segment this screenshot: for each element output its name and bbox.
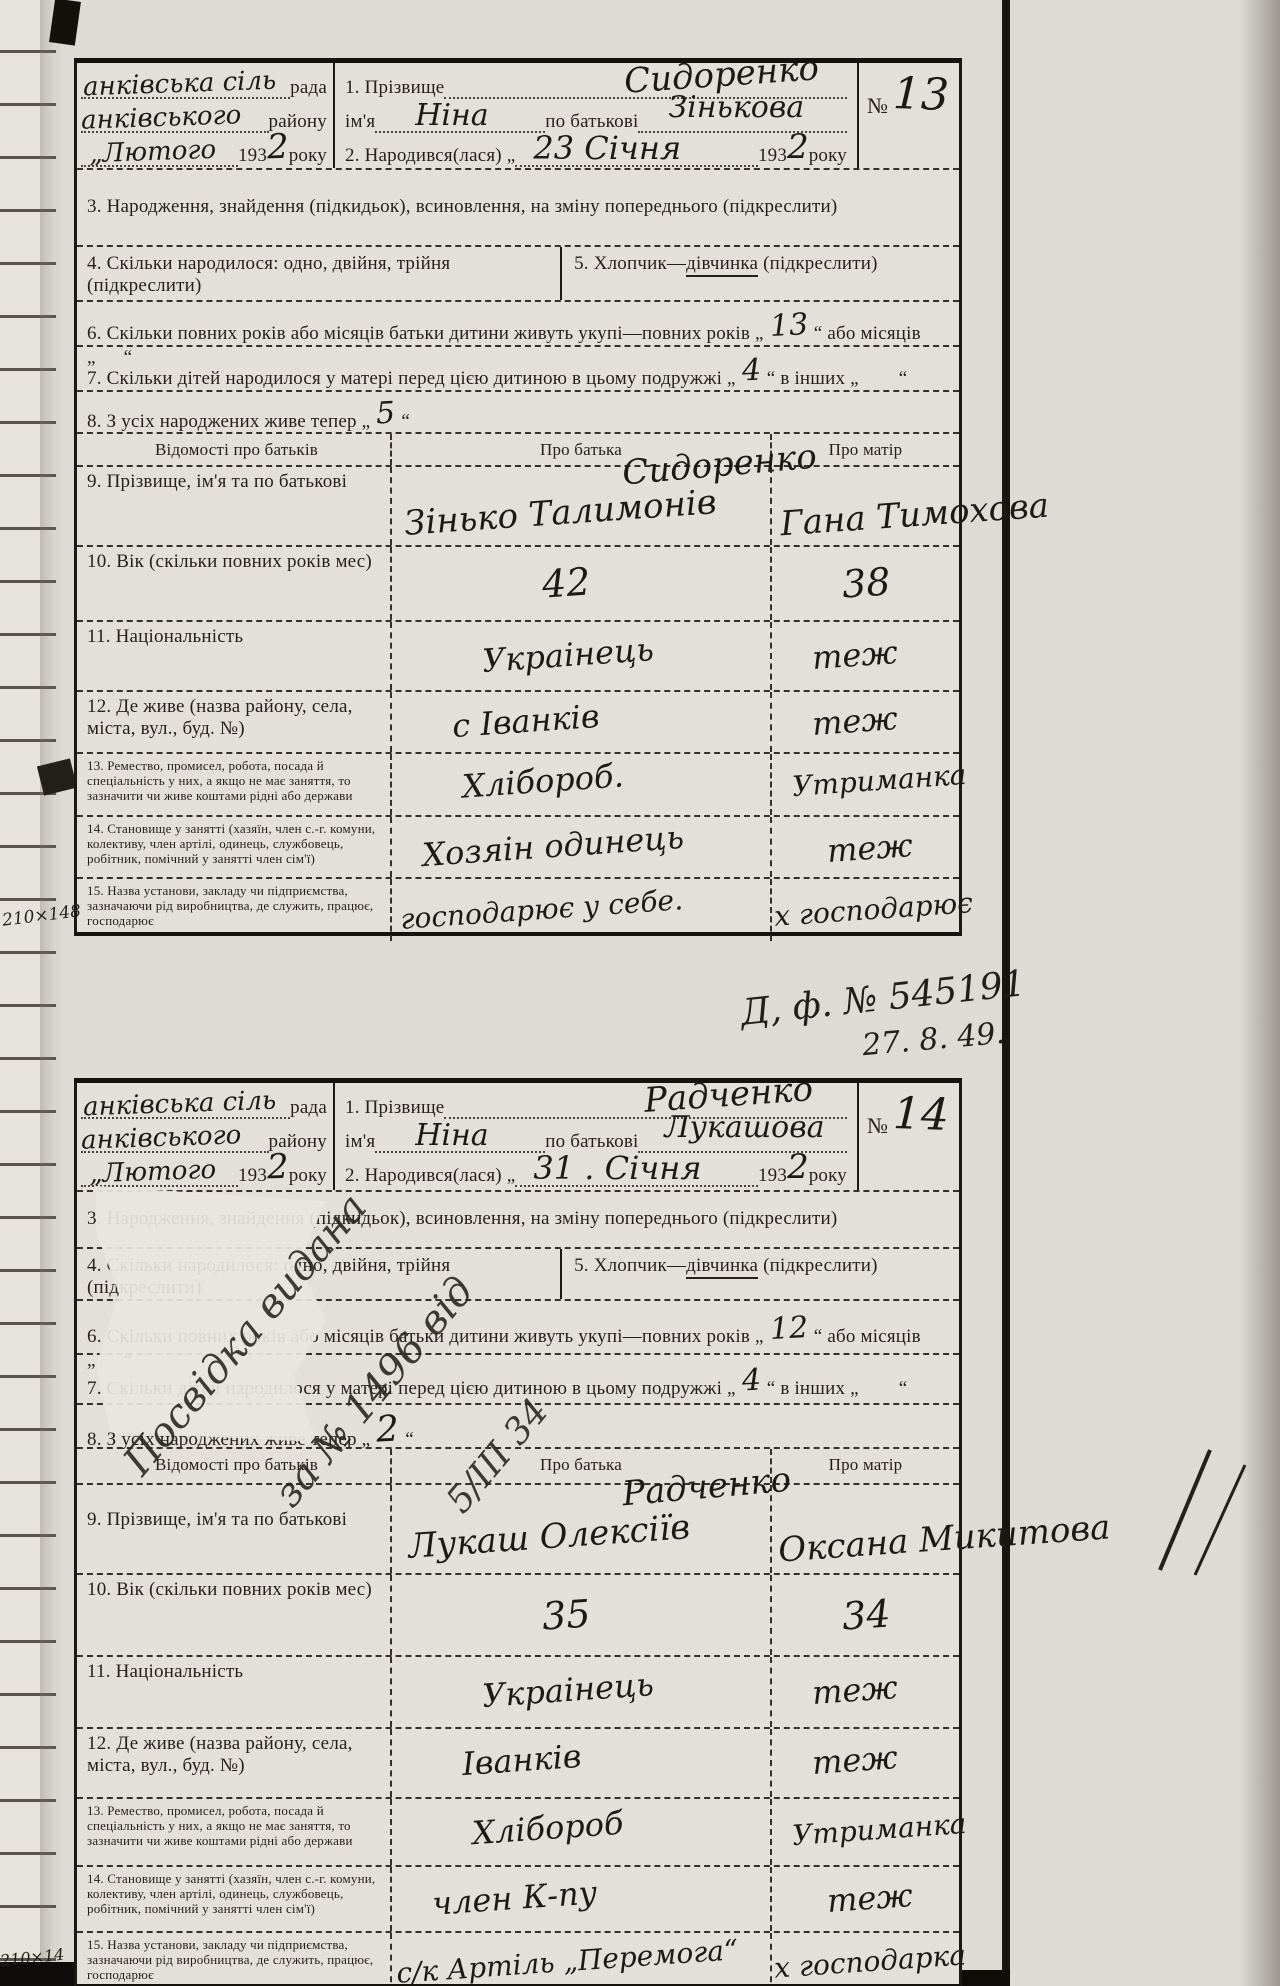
father-institution: с/к Артіль „Перемога“	[395, 1933, 739, 1986]
father-name: Зінько Талимонів	[403, 482, 718, 544]
father-name: Лукаш Олексіїв	[407, 1507, 691, 1567]
header-about-father: Про батька	[540, 1455, 622, 1474]
ink-blot	[49, 0, 81, 46]
field-5-label: 5. Хлопчик—	[574, 253, 686, 274]
field-4-multiple-birth: 4. Скільки народилося: одно, двійня, трі…	[77, 247, 562, 300]
scanned-registry-page: анківська сільрада анківськогорайону „Лю…	[0, 0, 1280, 1986]
field-7-label: 7. Скільки дітей народилося у матері пер…	[87, 368, 736, 389]
page-fold-shadow	[40, 0, 62, 1986]
row-10-age: 10. Вік (скільки повних років мес) 35 34	[77, 1573, 959, 1655]
birth-year-digit: 2	[787, 127, 809, 167]
field-5-label-tail: (підкреслити)	[758, 253, 878, 274]
children-before-value: 4	[741, 353, 762, 389]
father-nationality: Украінець	[481, 1665, 655, 1715]
row-12-residence: 12. Де живе (назва району, села, міста, …	[77, 690, 959, 752]
field-5-sex: 5. Хлопчик—дівчинка (підкреслити)	[562, 1249, 959, 1299]
years-together-value: 12	[769, 1310, 809, 1347]
birth-day-month: 23 Січня	[533, 129, 681, 167]
mother-residence: теж	[811, 1738, 899, 1782]
father-residence: Іванків	[461, 1737, 583, 1783]
father-residence: с Іванків	[451, 697, 601, 745]
children-alive-value: 5	[375, 396, 396, 432]
father-position: член К-пу	[431, 1873, 598, 1922]
row-12-label: 12. Де живе (назва району, села, міста, …	[87, 696, 353, 739]
form1-header: анківська сільрада анківськогорайону „Лю…	[77, 63, 959, 168]
form2-child-block: 1. ПрізвищеРадченко ім'яНінапо батьковіЛ…	[335, 1083, 859, 1190]
reg-month-handwritten: „Лютого	[89, 135, 217, 169]
rada-label: рада	[290, 77, 327, 99]
form2-number-box: № 14	[859, 1083, 959, 1190]
reg-year-digit: 2	[266, 127, 289, 168]
header-parents-info: Відомості про батьків	[155, 440, 318, 459]
birth-year-digit: 2	[787, 1147, 809, 1187]
field-4-label: 4. Скільки народилося: одно, двійня, трі…	[87, 253, 450, 296]
girl-underlined: дівчинка	[686, 1255, 758, 1279]
child-given-name: Ніна	[415, 98, 488, 133]
field-3-birth-type: 3. Народження, знайдення (підкидьок), вс…	[77, 168, 959, 245]
children-before-value: 4	[741, 1363, 762, 1399]
father-institution: господарює у себе.	[399, 883, 684, 936]
field-8-label: 8. З усіх народжених живе тепер „	[87, 411, 370, 432]
row-15-label: 15. Назва установи, закладу чи підприємс…	[87, 1937, 386, 1982]
roku-label: року	[289, 145, 327, 167]
row-13-occupation: 13. Ремество, промисел, робота, посада й…	[77, 1797, 959, 1865]
header-about-father: Про батька	[540, 440, 622, 459]
row-10-label: 10. Вік (скільки повних років мес)	[87, 551, 372, 572]
field-5-label-tail: (підкреслити)	[758, 1255, 878, 1276]
mother-occupation: Утриманка	[791, 1807, 967, 1852]
row-15-institution: 15. Назва установи, закладу чи підприємс…	[77, 877, 959, 941]
field-6-years-together: 6. Скільки повних років або місяців бать…	[77, 300, 959, 345]
parents-table-header: Відомості про батьків Про батька Про мат…	[77, 432, 959, 465]
mother-institution: х господарює	[773, 886, 974, 933]
field-7-label-mid: “ в інших „	[767, 1378, 859, 1399]
mother-age: 38	[841, 559, 892, 606]
field-8-children-alive: 8. З усіх народжених живе тепер „5“	[77, 390, 959, 432]
row-9-label: 9. Прізвище, ім'я та по батькові	[87, 471, 347, 492]
birth-day-month: 31 . Січня	[533, 1149, 701, 1187]
father-age: 35	[541, 1591, 592, 1638]
mother-residence: теж	[811, 699, 899, 743]
years-together-value: 13	[769, 307, 809, 344]
father-nationality: Украінець	[481, 630, 655, 680]
father-occupation: Хлібороб	[471, 1804, 625, 1852]
field-7-label-mid: “ в інших „	[767, 368, 859, 389]
child-patronymic: Зінькова	[668, 90, 804, 125]
father-position: Хозяін одинець	[421, 818, 685, 874]
row-11-label: 11. Національність	[87, 1661, 243, 1682]
row-11-label: 11. Національність	[87, 626, 243, 647]
field-3-label: 3. Народження, знайдення (підкидьок), вс…	[87, 196, 837, 217]
form2-council-block: анківська сільрада анківськогорайону „Лю…	[77, 1083, 335, 1190]
pen-strokes	[1150, 1440, 1260, 1580]
field-8-label-end: “	[401, 411, 410, 432]
scan-edge-shadow	[1240, 0, 1280, 1986]
mother-position: теж	[826, 826, 914, 870]
row-9-names: 9. Прізвище, ім'я та по батькові Лукаш О…	[77, 1483, 959, 1573]
number-sign: №	[867, 93, 888, 119]
row-14-position: 14. Становище у занятті (хазяїн, член с.…	[77, 815, 959, 877]
form1-child-block: 1. ПрізвищеСидоренко ім'яНінапо батькові…	[335, 63, 859, 168]
row-11-nationality: 11. Національність Украінець теж	[77, 620, 959, 690]
row-14-label: 14. Становище у занятті (хазяїн, член с.…	[87, 821, 386, 866]
mother-occupation: Утриманка	[791, 758, 967, 803]
row-9-label: 9. Прізвище, ім'я та по батькові	[87, 1509, 347, 1530]
field-5-sex: 5. Хлопчик—дівчинка (підкреслити)	[562, 247, 959, 300]
form2-header: анківська сільрада анківськогорайону „Лю…	[77, 1083, 959, 1190]
row-13-occupation: 13. Ремество, промисел, робота, посада й…	[77, 752, 959, 815]
field-5-label: 5. Хлопчик—	[574, 1255, 686, 1276]
roku-label: року	[289, 1165, 327, 1187]
row-13-label: 13. Ремество, промисел, робота, посада й…	[87, 758, 386, 803]
row-14-position: 14. Становище у занятті (хазяїн, член с.…	[77, 1865, 959, 1931]
field-7-label-end: “	[899, 368, 908, 389]
row-10-label: 10. Вік (скільки повних років мес)	[87, 1579, 372, 1600]
father-age: 42	[541, 559, 592, 606]
mother-nationality: теж	[811, 633, 899, 677]
mother-position: теж	[826, 1876, 914, 1920]
field-4-5: 4. Скільки народилося: одно, двійня, трі…	[77, 245, 959, 300]
reg-year-digit: 2	[266, 1147, 289, 1188]
field-6-label: 6. Скільки повних років або місяців бать…	[87, 323, 764, 344]
mother-name: Оксана Микитова	[777, 1507, 1112, 1570]
row-15-label: 15. Назва установи, закладу чи підприємс…	[87, 883, 386, 928]
row-12-residence: 12. Де живе (назва району, села, міста, …	[77, 1727, 959, 1797]
roku-label: року	[809, 145, 847, 167]
surname-label: 1. Прізвище	[345, 1097, 444, 1119]
mother-institution: х господарка	[773, 1938, 967, 1984]
row-11-nationality: 11. Національність Украінець теж	[77, 1655, 959, 1727]
record-number: 14	[892, 1088, 950, 1141]
child-patronymic: Лукашова	[664, 1110, 824, 1145]
number-sign: №	[867, 1113, 888, 1139]
born-label: 2. Народився(лася) „	[345, 1165, 515, 1187]
form1-number-box: № 13	[859, 63, 959, 168]
field-7-children-before: 7. Скільки дітей народилося у матері пер…	[77, 345, 959, 390]
rada-label: рада	[290, 1097, 327, 1119]
form1-council-block: анківська сільрада анківськогорайону „Лю…	[77, 63, 335, 168]
row-10-age: 10. Вік (скільки повних років мес) 42 38	[77, 545, 959, 620]
girl-underlined: дівчинка	[686, 253, 758, 277]
archive-date-note: 27. 8. 49.	[861, 1016, 1007, 1063]
row-9-names: 9. Прізвище, ім'я та по батькові Зінько …	[77, 465, 959, 545]
child-given-name: Ніна	[415, 1118, 488, 1153]
year-printed: 193	[758, 1165, 787, 1187]
mother-age: 34	[841, 1591, 892, 1638]
year-printed: 193	[758, 145, 787, 167]
mother-nationality: теж	[811, 1668, 899, 1712]
year-printed: 193	[238, 1165, 267, 1187]
born-label: 2. Народився(лася) „	[345, 145, 515, 167]
row-12-label: 12. Де живе (назва району, села, міста, …	[87, 1733, 353, 1776]
roku-label: року	[809, 1165, 847, 1187]
row-13-label: 13. Ремество, промисел, робота, посада й…	[87, 1803, 386, 1848]
header-about-mother: Про матір	[829, 1455, 903, 1474]
ink-blot	[37, 758, 77, 795]
field-7-label-end: “	[899, 1378, 908, 1399]
header-about-mother: Про матір	[829, 440, 903, 459]
surname-label: 1. Прізвище	[345, 77, 444, 99]
row-14-label: 14. Становище у занятті (хазяїн, член с.…	[87, 1871, 386, 1916]
reg-month-handwritten: „Лютого	[89, 1155, 217, 1189]
record-number: 13	[892, 68, 950, 121]
name-label: ім'я	[345, 111, 375, 133]
name-label: ім'я	[345, 1131, 375, 1153]
birth-record-form-13: анківська сільрада анківськогорайону „Лю…	[74, 58, 962, 936]
father-occupation: Хлібороб.	[461, 756, 625, 805]
year-printed: 193	[238, 145, 267, 167]
row-15-institution: 15. Назва установи, закладу чи підприємс…	[77, 1931, 959, 1986]
